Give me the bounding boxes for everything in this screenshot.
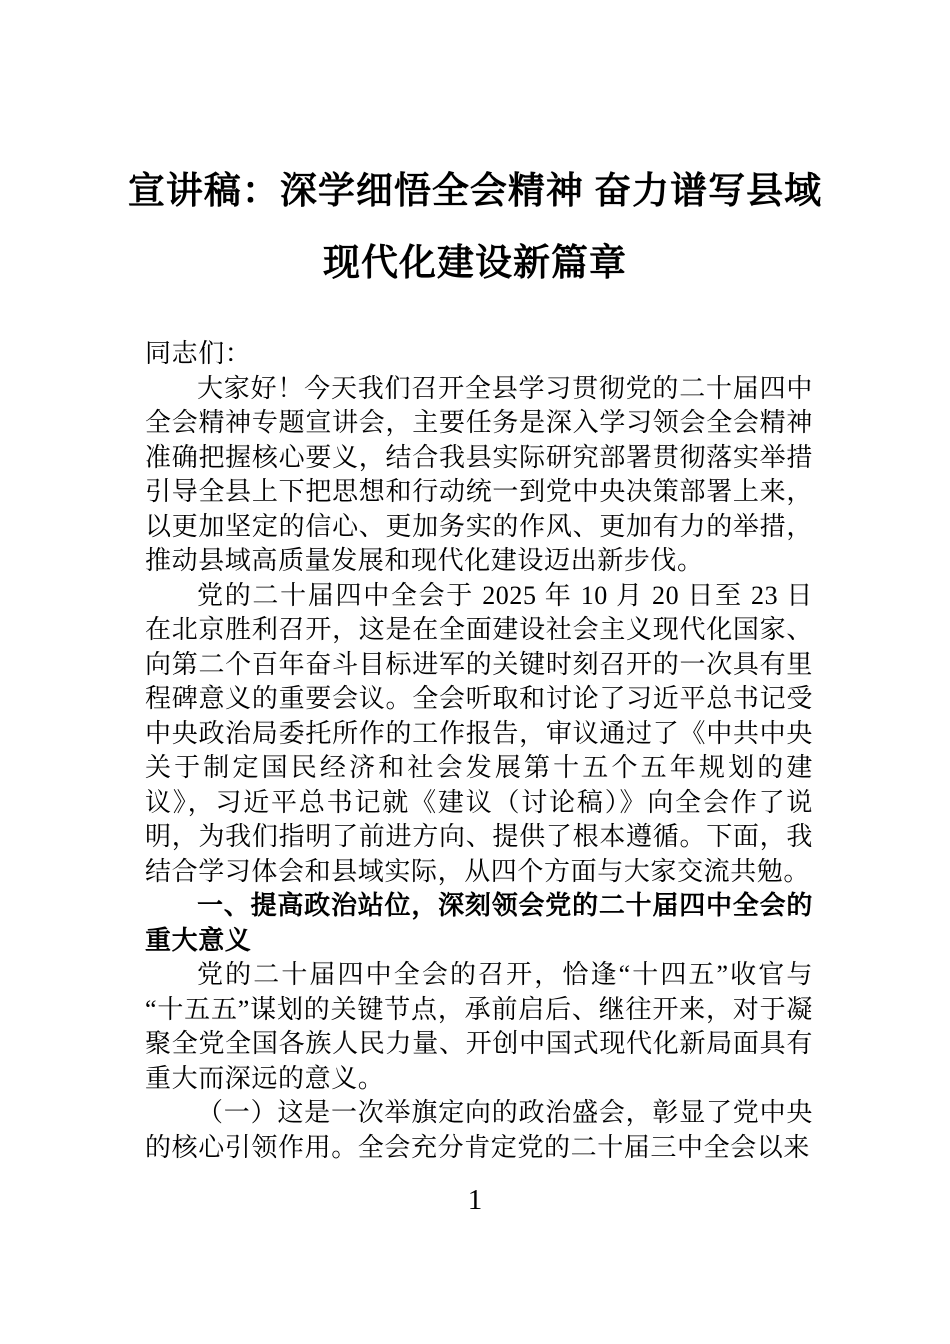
page-footer: 1 <box>0 1183 950 1217</box>
paragraph-significance: 党的二十届四中全会的召开，恰逢“十四五”收官与“十五五”谋划的关键节点，承前启后… <box>145 958 813 1096</box>
document-title-line-1: 宣讲稿：深学细悟全会精神 奋力谱写县域 <box>70 156 880 228</box>
document-title: 宣讲稿：深学细悟全会精神 奋力谱写县域 现代化建设新篇章 <box>70 156 880 300</box>
paragraph-subpoint-1: （一）这是一次举旗定向的政治盛会，彰显了党中央的核心引领作用。全会充分肯定党的二… <box>145 1096 813 1165</box>
paragraph-opening: 大家好！今天我们召开全县学习贯彻党的二十届四中全会精神专题宣讲会，主要任务是深入… <box>145 372 813 579</box>
page-number: 1 <box>468 1184 483 1216</box>
paragraph-plenary-overview: 党的二十届四中全会于 2025 年 10 月 20 日至 23 日在北京胜利召开… <box>145 579 813 890</box>
document-body: 同志们： 大家好！今天我们召开全县学习贯彻党的二十届四中全会精神专题宣讲会，主要… <box>145 337 813 1165</box>
document-title-line-2: 现代化建设新篇章 <box>70 228 880 300</box>
document-page: 宣讲稿：深学细悟全会精神 奋力谱写县域 现代化建设新篇章 同志们： 大家好！今天… <box>0 0 950 1344</box>
paragraph-salutation: 同志们： <box>145 337 813 372</box>
section-heading-1: 一、提高政治站位，深刻领会党的二十届四中全会的重大意义 <box>145 889 813 958</box>
